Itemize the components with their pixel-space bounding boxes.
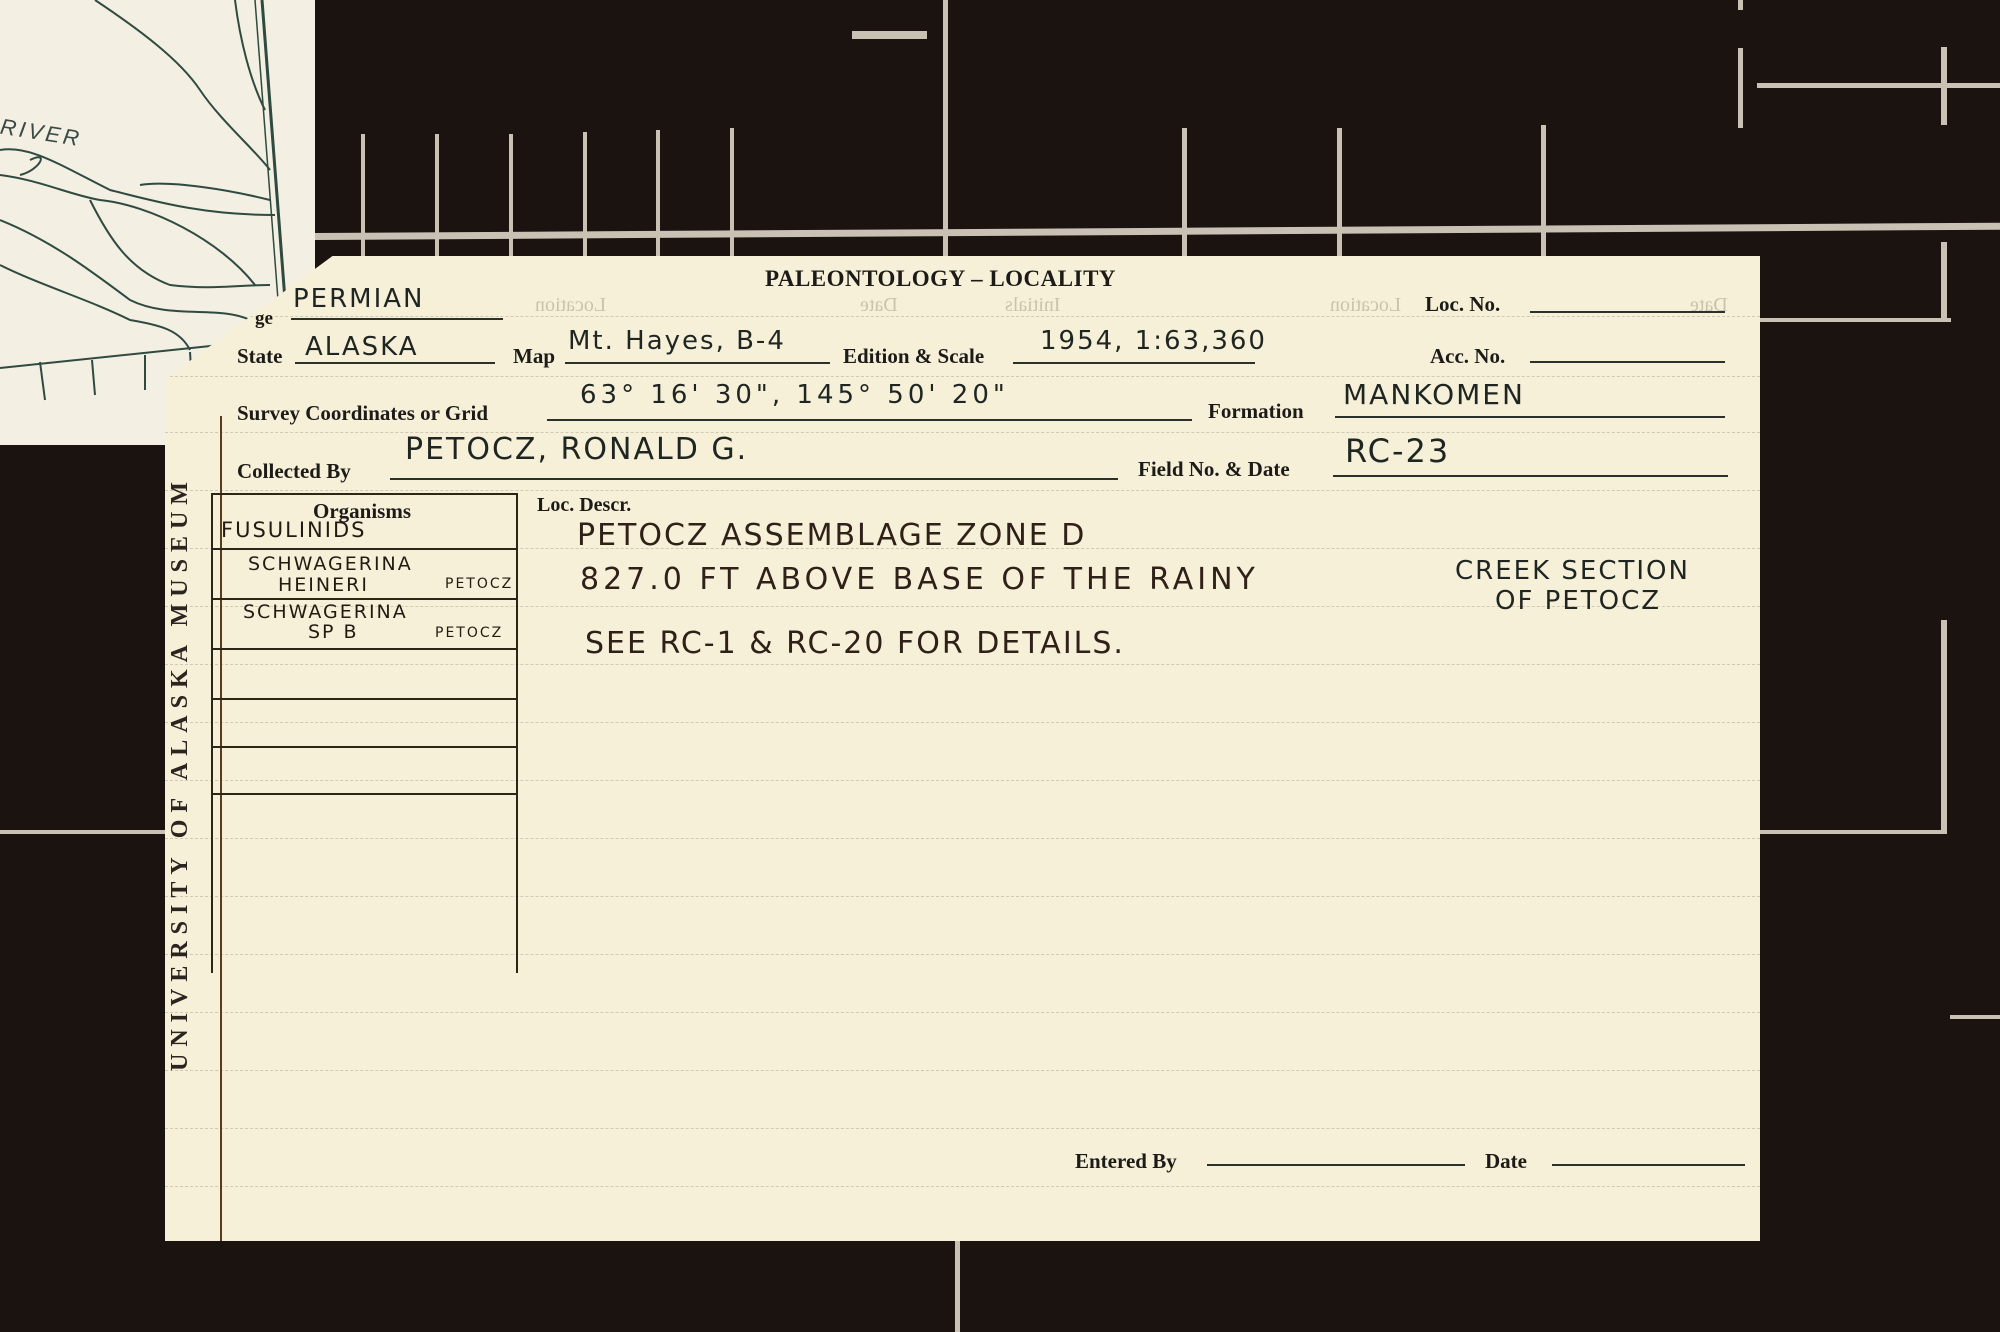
- faint-reverse-text: Location: [1330, 294, 1401, 317]
- organism-row-2-genus[interactable]: Schwagerina: [248, 553, 413, 575]
- collected-by-value[interactable]: Petocz, Ronald G.: [405, 432, 748, 467]
- state-label: State: [237, 344, 283, 369]
- state-value[interactable]: Alaska: [305, 332, 419, 362]
- formation-underline: [1335, 416, 1725, 418]
- grid-horizontal-line: [852, 31, 927, 39]
- organism-row-4[interactable]: [213, 698, 516, 700]
- grid-vertical-line: [509, 134, 513, 262]
- survey-coordinates-value[interactable]: 63° 16' 30", 145° 50' 20": [580, 380, 1009, 410]
- map-label: Map: [513, 344, 555, 369]
- age-value[interactable]: Permian: [293, 284, 425, 314]
- grid-vertical-line: [1941, 620, 1947, 830]
- organism-row-2-species[interactable]: heineri: [278, 574, 369, 596]
- field-no-date-value[interactable]: RC-23: [1345, 432, 1450, 470]
- grid-vertical-line: [1941, 47, 1947, 125]
- faint-reverse-text: Date: [860, 294, 898, 317]
- grid-horizontal-line: [1752, 830, 1947, 834]
- grid-horizontal-line: [1757, 83, 2000, 88]
- loc-descr-continuation-1[interactable]: Creek Section: [1455, 556, 1690, 586]
- loc-descr-label: Loc. Descr.: [537, 494, 631, 517]
- edition-scale-underline: [1013, 362, 1255, 364]
- field-no-date-label: Field No. & Date: [1138, 457, 1290, 482]
- grid-vertical-line: [1541, 125, 1546, 262]
- edition-scale-label: Edition & Scale: [843, 344, 984, 369]
- collected-by-label: Collected By: [237, 459, 351, 484]
- faint-reverse-text: Initials: [1005, 294, 1061, 317]
- loc-descr-line-3[interactable]: See RC-1 & RC-20 for details.: [585, 626, 1125, 661]
- grid-vertical-line: [1337, 128, 1342, 262]
- grid-vertical-line: [361, 134, 365, 262]
- grid-horizontal-line: [270, 223, 2000, 241]
- formation-value[interactable]: Mankomen: [1343, 378, 1525, 411]
- map-underline: [565, 362, 830, 364]
- grid-vertical-line: [435, 134, 439, 262]
- age-label: ge: [255, 308, 273, 330]
- grid-vertical-line: [1182, 128, 1187, 262]
- survey-coordinates-label: Survey Coordinates or Grid: [237, 401, 488, 426]
- entered-by-label: Entered By: [1075, 1149, 1177, 1174]
- card-title: PALEONTOLOGY – LOCALITY: [765, 266, 1116, 292]
- grid-vertical-line: [583, 132, 587, 262]
- grid-vertical-line: [1738, 48, 1743, 128]
- grid-vertical-line: [1941, 242, 1947, 322]
- acc-no-field[interactable]: [1530, 361, 1725, 363]
- organisms-right-border: [516, 493, 518, 973]
- loc-descr-line-2[interactable]: 827.0 ft above base of the Rainy: [580, 562, 1259, 597]
- paleontology-locality-card: Location Date Initials Location Date UNI…: [165, 256, 1760, 1241]
- organism-row-3-genus[interactable]: Schwagerina: [243, 601, 408, 623]
- organism-row-5[interactable]: [213, 746, 516, 748]
- grid-vertical-line: [656, 130, 660, 262]
- faint-reverse-text: Date: [1690, 294, 1728, 317]
- edition-scale-value[interactable]: 1954, 1:63,360: [1040, 326, 1267, 356]
- date-field[interactable]: [1552, 1164, 1745, 1166]
- formation-label: Formation: [1208, 399, 1304, 424]
- survey-coordinates-underline: [547, 419, 1192, 421]
- entered-by-field[interactable]: [1207, 1164, 1465, 1166]
- grid-vertical-line: [730, 128, 734, 262]
- collected-by-underline: [390, 478, 1118, 480]
- loc-no-label: Loc. No.: [1425, 292, 1500, 317]
- field-no-date-underline: [1333, 475, 1728, 477]
- faint-reverse-text: Location: [535, 294, 606, 317]
- state-underline: [295, 362, 495, 364]
- grid-vertical-line: [1738, 0, 1743, 10]
- grid-vertical-line: [943, 0, 948, 262]
- loc-descr-line-1[interactable]: Petocz Assemblage Zone D: [577, 518, 1086, 553]
- loc-no-field[interactable]: [1530, 311, 1725, 313]
- grid-horizontal-line: [1752, 318, 1947, 322]
- loc-descr-continuation-2[interactable]: of Petocz: [1495, 586, 1661, 616]
- date-label: Date: [1485, 1149, 1527, 1174]
- map-value[interactable]: Mt. Hayes, B-4: [568, 326, 786, 356]
- organism-row-1[interactable]: Fusulinids: [221, 518, 366, 542]
- age-underline: [291, 318, 503, 320]
- organism-row-3-author[interactable]: Petocz: [435, 625, 503, 641]
- organisms-left-border: [211, 493, 213, 973]
- organism-row-3-species[interactable]: sp B: [308, 621, 359, 643]
- organism-row-2-author[interactable]: Petocz: [445, 576, 513, 592]
- grid-horizontal-line: [0, 830, 165, 834]
- grid-horizontal-line: [1950, 1015, 2000, 1019]
- organism-row-6[interactable]: [213, 793, 516, 795]
- acc-no-label: Acc. No.: [1430, 344, 1505, 369]
